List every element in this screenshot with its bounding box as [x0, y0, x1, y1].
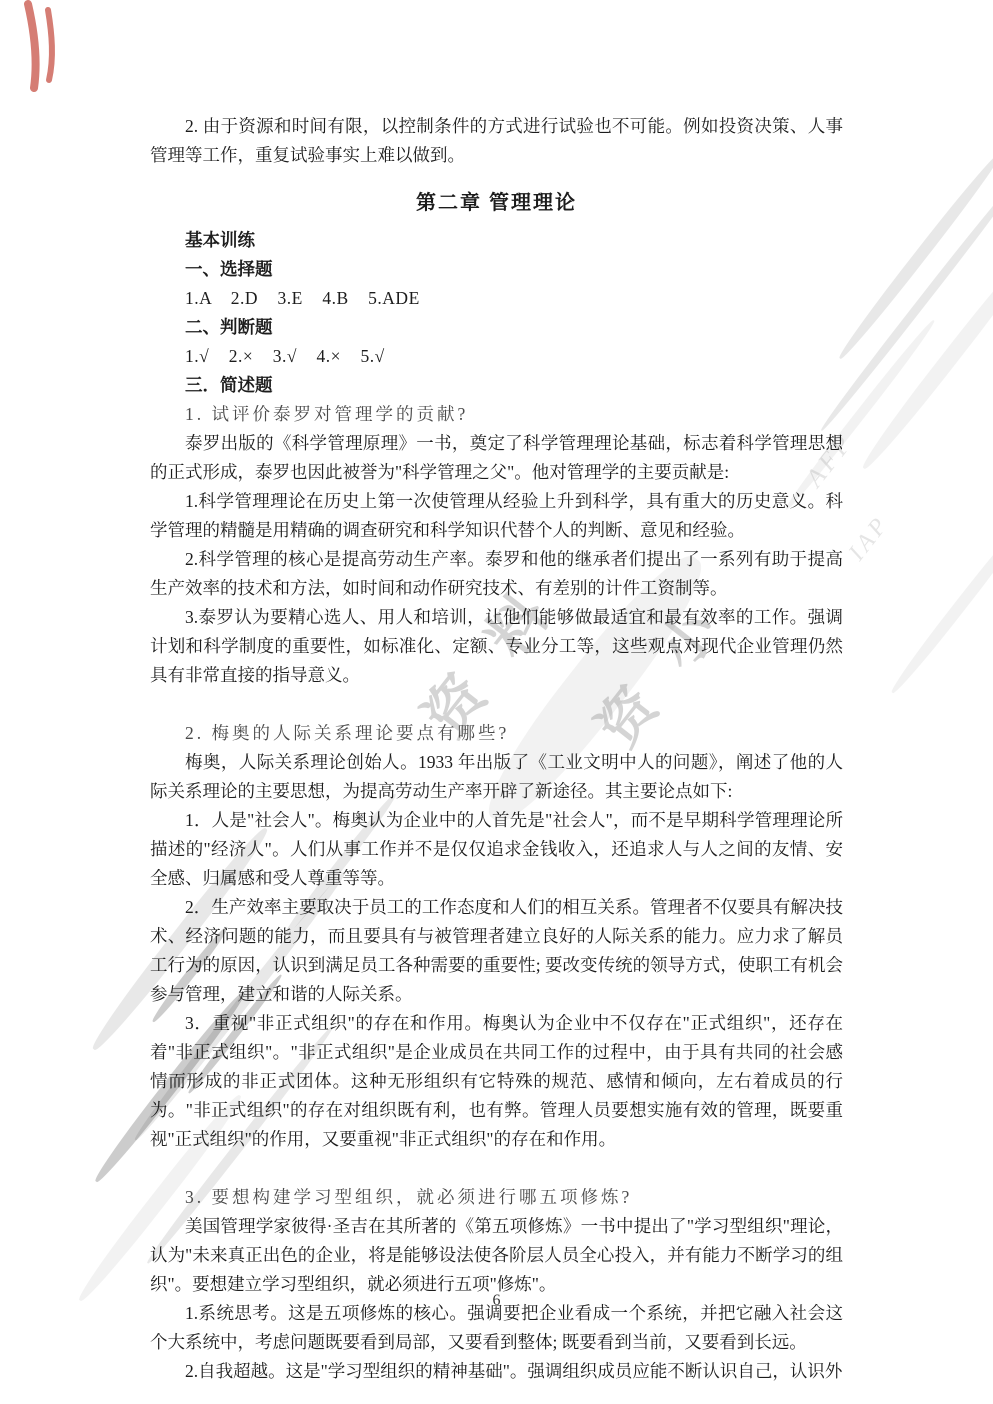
answer-paragraph: 泰罗出版的《科学管理原理》一书，奠定了科学管理理论基础，标志着科学管理思想的正式… [150, 429, 843, 487]
intro-paragraph: 2. 由于资源和时间有限，以控制条件的方式进行试验也不可能。例如投资决策、人事管… [150, 112, 843, 170]
question-3: 3. 要想构建学习型组织，就必须进行哪五项修炼? [150, 1183, 843, 1212]
judge-answers: 1.√ 2.× 3.√ 4.× 5.√ [150, 342, 843, 371]
document-content: 2. 由于资源和时间有限，以控制条件的方式进行试验也不可能。例如投资决策、人事管… [0, 0, 993, 1386]
section-title-training: 基本训练 [150, 226, 843, 255]
answer-paragraph: 2．生产效率主要取决于员工的工作态度和人们的相互关系。管理者不仅要具有解决技术、… [150, 893, 843, 1009]
answer-paragraph: 2.科学管理的核心是提高劳动生产率。泰罗和他的继承者们提出了一系列有助于提高生产… [150, 545, 843, 603]
chapter-title: 第二章 管理理论 [150, 189, 843, 218]
document-page: AFP IAP 资 料 资 小 2. 由于资源和时间有限，以控制条件的方式进行试… [0, 0, 993, 1404]
answer-paragraph: 1.科学管理理论在历史上第一次使管理从经验上升到科学，具有重大的历史意义。科学管… [150, 487, 843, 545]
answer-paragraph: 2.自我超越。这是"学习型组织的精神基础"。强调组织成员应能不断认识自己，认识外 [150, 1357, 843, 1386]
answer-paragraph: 美国管理学家彼得·圣吉在其所著的《第五项修炼》一书中提出了"学习型组织"理论，认… [150, 1212, 843, 1299]
answer-paragraph: 1．人是"社会人"。梅奥认为企业中的人首先是"社会人"，而不是早期科学管理理论所… [150, 806, 843, 893]
question-2: 2. 梅奥的人际关系理论要点有哪些? [150, 719, 843, 748]
choice-answers: 1.A 2.D 3.E 4.B 5.ADE [150, 284, 843, 313]
answer-paragraph: 梅奥，人际关系理论创始人。1933 年出版了《工业文明中人的问题》，阐述了他的人… [150, 748, 843, 806]
page-number: 6 [0, 1292, 993, 1310]
answer-paragraph: 3.泰罗认为要精心选人、用人和培训，让他们能够做最适宜和最有效率的工作。强调计划… [150, 603, 843, 690]
question-1: 1. 试评价泰罗对管理学的贡献? [150, 400, 843, 429]
answer-paragraph: 3．重视"非正式组织"的存在和作用。梅奥认为企业中不仅存在"正式组织"，还存在着… [150, 1009, 843, 1154]
heading-short-questions: 三．简述题 [150, 371, 843, 400]
heading-judge-questions: 二、判断题 [150, 313, 843, 342]
heading-choice-questions: 一、选择题 [150, 255, 843, 284]
